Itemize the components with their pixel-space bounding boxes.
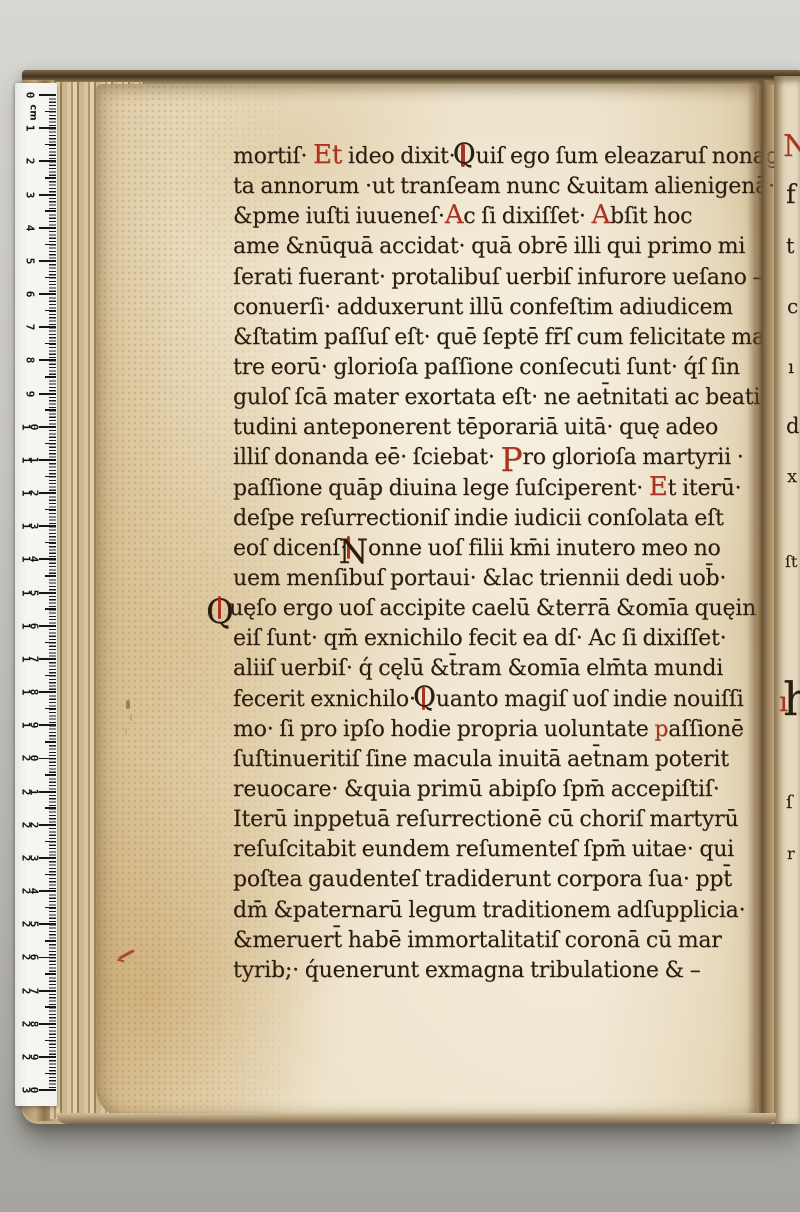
text-line: poſtea gaudenteſ tradiderunt corpora ſua…	[233, 865, 783, 895]
text-segment: dm̄ &paternarū legum traditionem adſuppl…	[233, 898, 745, 923]
ruler-half-tick	[45, 642, 56, 643]
rubric-letter: p	[654, 717, 668, 742]
ruler-number: 10	[18, 420, 42, 433]
ruler-number: 6	[18, 287, 42, 300]
ruler-digit: 9	[28, 1052, 41, 1060]
ruler-digit: 2	[28, 820, 41, 828]
ruler-digit: 0	[28, 754, 41, 762]
text-segment: &meruert̄ habē immortalitatiſ coronā cū …	[233, 928, 722, 953]
text-segment: ame &nūquā accidat· quā obrē illi qui pr…	[233, 234, 745, 259]
ruler-number: 4	[18, 221, 42, 234]
text-segment: eiſ ſunt· qm̄ exnichilo fecit ea dſ· Ac …	[233, 626, 726, 651]
text-segment: paſſione quāp diuina lege ſuſciperent·	[233, 476, 649, 501]
ruler-number: 25	[18, 917, 42, 930]
ruler-digit: 0	[24, 91, 37, 99]
ruler-number: 19	[18, 718, 42, 731]
text-line: guloſ ſcā mater exortata eſt· ne aet̄nit…	[233, 383, 783, 413]
text-segment: uanto magiſ uoſ indie nouiſſi	[436, 687, 744, 712]
text-line: eiſ ſunt· qm̄ exnichilo fecit ea dſ· Ac …	[233, 624, 783, 654]
ruler-digit: 3	[24, 190, 37, 198]
ruler-number: 7	[18, 320, 42, 333]
ruler-half-tick	[45, 1073, 56, 1074]
ruler-digit: 7	[28, 654, 41, 662]
ruler-number: 26	[18, 950, 42, 963]
rubric-letter: A	[445, 200, 464, 230]
ruler-number: 28	[18, 1017, 42, 1030]
text-segment: poſtea gaudenteſ tradiderunt corpora ſua…	[233, 867, 732, 892]
ruler-number: 22	[18, 818, 42, 831]
ruler-half-tick	[45, 841, 56, 842]
text-segment: deſpe reſurrectioniſ indie iudicii conſo…	[233, 506, 724, 531]
ruler-digit: 9	[28, 721, 41, 729]
text-segment: c ſi dixiſſet·	[463, 204, 591, 229]
ruler-half-tick	[45, 874, 56, 875]
rubric-letter: E	[649, 472, 668, 502]
facing-letter-fragment: x	[787, 468, 797, 486]
facing-letter-fragment: ſ	[786, 794, 793, 812]
text-segment: reuocare· &quia primū abipſo ſpm̄ accepi…	[233, 777, 720, 802]
text-segment: ſerati fuerant· protalibuſ uerbiſ infuro…	[233, 265, 763, 290]
gutter-crease	[748, 80, 774, 1118]
ruler-digit: 6	[24, 290, 37, 298]
ruler-half-tick	[45, 774, 56, 775]
ruler-digit: 0	[28, 422, 41, 430]
text-segment: uęſo ergo uoſ accipite caelū &terrā &omī…	[229, 596, 756, 621]
text-line: dm̄ &paternarū legum traditionem adſuppl…	[233, 896, 783, 926]
ruler-half-tick	[45, 1040, 56, 1041]
ruler-number: 8	[18, 353, 42, 366]
ruler-digit: 3	[28, 522, 41, 530]
text-line: tre eorū· glorioſa paſſione conſecuti ſu…	[233, 353, 783, 383]
facing-letter-fragment: d	[786, 416, 799, 437]
ruler-number: 27	[18, 984, 42, 997]
ruler-number: 29	[18, 1050, 42, 1063]
ruler-number: 3	[18, 188, 42, 201]
facing-letter-fragment: h	[783, 676, 800, 722]
text-line: reuocare· &quia primū abipſo ſpm̄ accepi…	[233, 775, 783, 805]
text-line: tudini anteponerent tēporariā uitā· quę …	[233, 413, 783, 443]
text-segment: Iterū inppetuā reſurrectionē cū choriſ m…	[233, 807, 738, 832]
text-line: mo· ſi pro ipſo hodie propria uoluntate …	[233, 715, 783, 745]
ruler-half-tick	[45, 575, 56, 576]
rubric-letter: Q	[413, 680, 436, 713]
ruler-half-tick	[45, 210, 56, 211]
text-segment: bſit hoc	[610, 204, 692, 229]
facing-letter-fragment: r	[787, 846, 795, 862]
ruler-half-tick	[45, 244, 56, 245]
ruler-number: 11	[18, 453, 42, 466]
facing-letter-fragment: t	[786, 236, 794, 257]
text-segment: reſuſcitabit eundem reſumenteſ ſpm̄ uita…	[233, 837, 734, 862]
text-segment: &pme iuſti iuueneſ·	[233, 204, 445, 229]
text-line: aliiſ uerbiſ· q́ cęlū &t̄ram &omīa elm̄t…	[233, 654, 783, 684]
ruler-half-tick	[45, 940, 56, 941]
ruler-number: 30	[18, 1083, 42, 1096]
ruler-digit: 5	[28, 920, 41, 928]
text-segment: fecerit exnichilo·	[233, 687, 422, 712]
text-line: &ſtatim paſſuſ eſt· quē ſeptē fr̄ſ cum f…	[233, 323, 783, 353]
ruler-digit: 1	[24, 124, 37, 132]
ruler-digit: 5	[24, 256, 37, 264]
facing-letter-fragment: ſt	[785, 554, 797, 570]
ruler-half-tick	[45, 343, 56, 344]
ruler-half-tick	[45, 741, 56, 742]
ruler-number: 13	[18, 519, 42, 532]
text-segment: uem menſibuſ portaui· &lac triennii dedi…	[233, 566, 726, 591]
ruler-number: 5	[18, 254, 42, 267]
text-segment: tre eorū· glorioſa paſſione conſecuti ſu…	[233, 355, 740, 380]
ruler-digit: 9	[24, 389, 37, 397]
text-line: uem menſibuſ portaui· &lac triennii dedi…	[233, 564, 783, 594]
text-line: reſuſcitabit eundem reſumenteſ ſpm̄ uita…	[233, 835, 783, 865]
text-segment: ideo dixit·	[342, 144, 461, 169]
ink-smudge	[126, 700, 130, 709]
ruler-digit: 8	[28, 1019, 41, 1027]
ruler-number: 24	[18, 884, 42, 897]
ruler-digit: 4	[24, 223, 37, 231]
ruler-half-tick	[45, 376, 56, 377]
ruler-digit: 7	[24, 323, 37, 331]
ruler-digit: 3	[28, 853, 41, 861]
ruler-number: 20	[18, 751, 42, 764]
ruler-half-tick	[45, 144, 56, 145]
text-line: mortiſ· Et ideo dixit· Quiſ ego ſum elea…	[233, 142, 783, 172]
ruler-number: 9	[18, 387, 42, 400]
text-segment: illiſ donanda eē· ſciebat·	[233, 445, 500, 470]
text-line: &meruert̄ habē immortalitatiſ coronā cū …	[233, 926, 783, 956]
facing-red-letter-fragment: N	[783, 132, 800, 162]
ruler-digit: 6	[28, 953, 41, 961]
text-line: ta annorum ·ut tranſeam nunc &uitam alie…	[233, 172, 783, 202]
book-bottom-edge	[56, 1113, 776, 1124]
text-segment: mortiſ·	[233, 144, 313, 169]
text-line: fecerit exnichilo· Quanto magiſ uoſ indi…	[233, 685, 783, 715]
ruler-half-tick	[45, 443, 56, 444]
text-line: ſuſtinueritiſ ſine macula inuitā aet̄nam…	[233, 745, 783, 775]
text-segment: conuerſi· adduxerunt illū confeſtim adiu…	[233, 295, 733, 320]
ruler-digit: 5	[28, 588, 41, 596]
ruler-half-tick	[45, 807, 56, 808]
text-line: Iterū inppetuā reſurrectionē cū choriſ m…	[233, 805, 783, 835]
ruler-digit: 8	[28, 688, 41, 696]
ruler-half-tick	[45, 1006, 56, 1007]
text-line: conuerſi· adduxerunt illū confeſtim adiu…	[233, 293, 783, 323]
ruler-digit: 1	[28, 455, 41, 463]
facing-letter-fragment: ı	[788, 358, 794, 377]
red-initial-accent	[218, 596, 222, 619]
text-segment: ta annorum ·ut tranſeam nunc &uitam alie…	[233, 174, 775, 199]
text-line: deſpe reſurrectioniſ indie iudicii conſo…	[233, 504, 783, 534]
rubric-letter: Et	[313, 140, 342, 170]
ruler-number: 2	[18, 154, 42, 167]
ruler-number: 18	[18, 685, 42, 698]
ruler-digit: 2	[28, 489, 41, 497]
ruler-half-tick	[45, 476, 56, 477]
ruler-number: 0	[18, 88, 42, 101]
facing-page-sliver: Nftcıdxſtıhſr	[774, 76, 800, 1124]
ruler-half-tick	[45, 509, 56, 510]
text-segment: guloſ ſcā mater exortata eſt· ne aet̄nit…	[233, 385, 760, 410]
ruler-half-tick	[45, 675, 56, 676]
text-line: ſerati fuerant· protalibuſ uerbiſ infuro…	[233, 263, 783, 293]
text-segment: t iterū·	[668, 476, 742, 501]
text-segment: aſſionē	[668, 717, 743, 742]
ruler-number: 21	[18, 785, 42, 798]
ruler: cm 0123456789101112131415161718192021222…	[15, 83, 57, 1106]
ruler-half-tick	[45, 973, 56, 974]
text-line: Quęſo ergo uoſ accipite caelū &terrā &om…	[233, 594, 783, 624]
text-segment: mo· ſi pro ipſo hodie propria uoluntate	[233, 717, 654, 742]
ruler-half-tick	[45, 177, 56, 178]
ruler-digit: 4	[28, 887, 41, 895]
ruler-number: 12	[18, 486, 42, 499]
ruler-half-tick	[45, 608, 56, 609]
rubric-letter: A	[591, 200, 610, 230]
ruler-digit: 1	[28, 787, 41, 795]
text-line: illiſ donanda eē· ſciebat· Pro glorioſa …	[233, 443, 783, 473]
facing-letter-fragment: f	[786, 182, 796, 208]
ruler-half-tick	[45, 542, 56, 543]
text-segment: &ſtatim paſſuſ eſt· quē ſeptē fr̄ſ cum f…	[233, 325, 765, 350]
ruler-number: 17	[18, 652, 42, 665]
book: mortiſ· Et ideo dixit· Quiſ ego ſum elea…	[22, 70, 800, 1124]
ruler-half-tick	[45, 310, 56, 311]
text-segment: eoſ dicenſ·	[233, 536, 347, 561]
photo-backdrop: mortiſ· Et ideo dixit· Quiſ ego ſum elea…	[0, 0, 800, 1212]
ruler-number: 23	[18, 851, 42, 864]
ruler-digit: 2	[24, 157, 37, 165]
text-segment: ro glorioſa martyrii ·	[522, 445, 743, 470]
text-line: ame &nūquā accidat· quā obrē illi qui pr…	[233, 232, 783, 262]
ruler-half-tick	[45, 409, 56, 410]
ruler-digit: 4	[28, 555, 41, 563]
text-segment: onne uoſ filii km̄i inutero meo no	[368, 536, 721, 561]
text-line: &pme iuſti iuueneſ·Ac ſi dixiſſet· Abſit…	[233, 202, 783, 232]
facing-letter-fragment: c	[787, 296, 798, 316]
ruler-digit: 7	[28, 986, 41, 994]
ruler-number: 15	[18, 586, 42, 599]
ruler-digit: 0	[28, 1086, 41, 1094]
ruler-unit-label: cm	[28, 104, 39, 120]
text-segment: tyrib;· q́uenerunt exmagna tribulatione …	[233, 958, 701, 983]
ruler-half-tick	[45, 907, 56, 908]
text-segment: ſuſtinueritiſ ſine macula inuitā aet̄nam…	[233, 747, 729, 772]
ruler-half-tick	[45, 277, 56, 278]
ruler-half-tick	[45, 111, 56, 112]
ruler-digit: 8	[24, 356, 37, 364]
text-segment: tudini anteponerent tēporariā uitā· quę …	[233, 415, 718, 440]
text-line: eoſ dicenſ·Nonne uoſ filii km̄i inutero …	[233, 534, 783, 564]
ruler-number: 14	[18, 552, 42, 565]
ruler-number: 16	[18, 619, 42, 632]
manuscript-text: mortiſ· Et ideo dixit· Quiſ ego ſum elea…	[233, 142, 783, 986]
text-segment: aliiſ uerbiſ· q́ cęlū &t̄ram &omīa elm̄t…	[233, 656, 723, 681]
ruler-number: 1	[18, 121, 42, 134]
ruler-half-tick	[45, 708, 56, 709]
ruler-digit: 6	[28, 621, 41, 629]
rubric-letter: Q	[453, 137, 476, 170]
text-line: tyrib;· q́uenerunt exmagna tribulatione …	[233, 956, 783, 986]
parchment-page: mortiſ· Et ideo dixit· Quiſ ego ſum elea…	[96, 84, 757, 1118]
text-line: paſſione quāp diuina lege ſuſciperent· E…	[233, 474, 783, 504]
